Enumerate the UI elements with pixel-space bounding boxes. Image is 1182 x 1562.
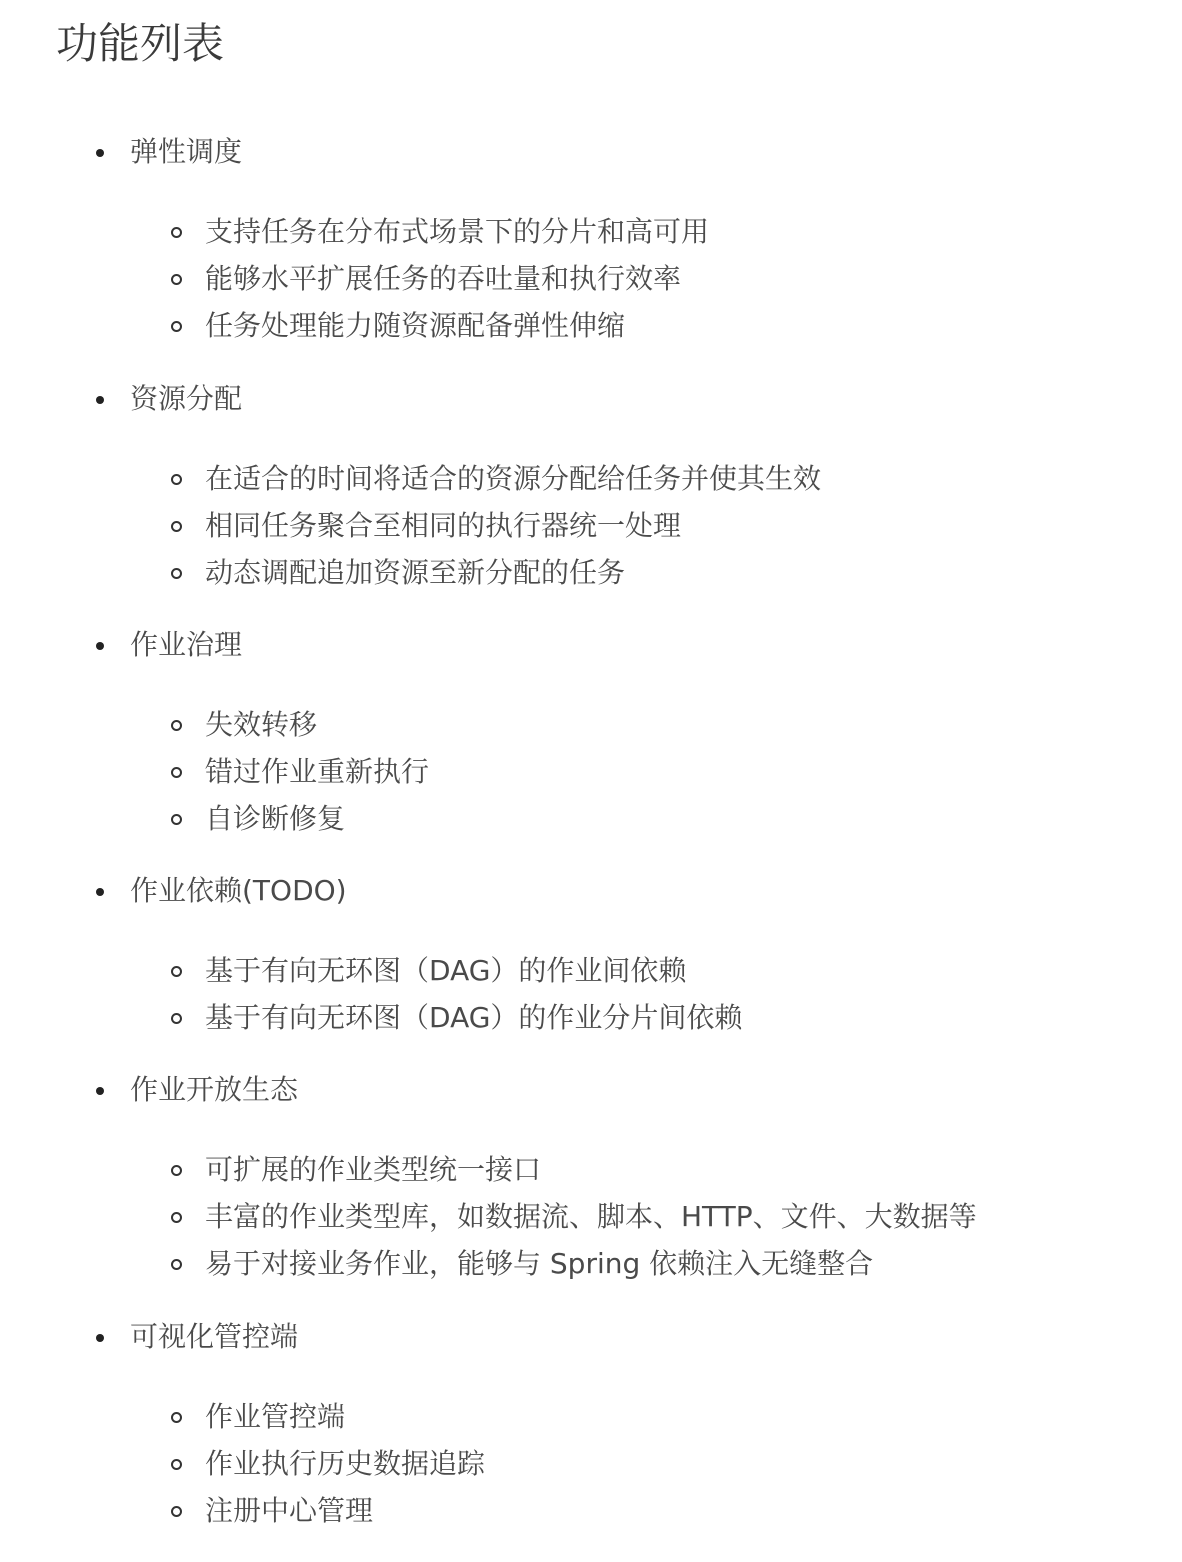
feature-sublist: 支持任务在分布式场景下的分片和高可用 能够水平扩展任务的吞吐量和执行效率 任务处… — [0, 208, 1182, 349]
list-item: 任务处理能力随资源配备弹性伸缩 — [0, 302, 1182, 349]
bullet-circle-icon — [171, 1412, 182, 1423]
feature-heading-label: 作业依赖(TODO) — [130, 874, 347, 907]
feature-heading-label: 作业开放生态 — [130, 1073, 298, 1106]
list-item: 丰富的作业类型库，如数据流、脚本、HTTP、文件、大数据等 — [0, 1193, 1182, 1240]
bullet-disc-icon — [96, 396, 104, 404]
bullet-disc-icon — [96, 1087, 104, 1095]
bullet-circle-icon — [171, 767, 182, 778]
list-item: 能够水平扩展任务的吞吐量和执行效率 — [0, 255, 1182, 302]
bullet-disc-icon — [96, 888, 104, 896]
list-item: 作业管控端 — [0, 1393, 1182, 1440]
bullet-circle-icon — [171, 521, 182, 532]
feature-sublist: 可扩展的作业类型统一接口 丰富的作业类型库，如数据流、脚本、HTTP、文件、大数… — [0, 1146, 1182, 1287]
feature-heading: 作业依赖(TODO) — [0, 871, 1182, 911]
feature-heading: 资源分配 — [0, 379, 1182, 419]
feature-sublist: 在适合的时间将适合的资源分配给任务并使其生效 相同任务聚合至相同的执行器统一处理… — [0, 455, 1182, 596]
page-title: 功能列表 — [56, 14, 224, 74]
bullet-circle-icon — [171, 274, 182, 285]
feature-section-open-ecosystem: 作业开放生态 可扩展的作业类型统一接口 丰富的作业类型库，如数据流、脚本、HTT… — [0, 1070, 1182, 1287]
bullet-circle-icon — [171, 227, 182, 238]
feature-sublist: 作业管控端 作业执行历史数据追踪 注册中心管理 — [0, 1393, 1182, 1534]
bullet-circle-icon — [171, 321, 182, 332]
feature-heading: 作业开放生态 — [0, 1070, 1182, 1110]
feature-section-elastic-scheduling: 弹性调度 支持任务在分布式场景下的分片和高可用 能够水平扩展任务的吞吐量和执行效… — [0, 132, 1182, 349]
feature-heading-label: 资源分配 — [130, 382, 242, 415]
list-item: 易于对接业务作业，能够与 Spring 依赖注入无缝整合 — [0, 1240, 1182, 1287]
feature-section-job-dependency: 作业依赖(TODO) 基于有向无环图（DAG）的作业间依赖 基于有向无环图（DA… — [0, 871, 1182, 1041]
list-item: 基于有向无环图（DAG）的作业间依赖 — [0, 947, 1182, 994]
bullet-circle-icon — [171, 814, 182, 825]
list-item: 失效转移 — [0, 701, 1182, 748]
bullet-circle-icon — [171, 1459, 182, 1470]
bullet-disc-icon — [96, 149, 104, 157]
bullet-disc-icon — [96, 642, 104, 650]
bullet-circle-icon — [171, 1506, 182, 1517]
feature-sublist: 失效转移 错过作业重新执行 自诊断修复 — [0, 701, 1182, 842]
list-item: 注册中心管理 — [0, 1487, 1182, 1534]
feature-heading: 可视化管控端 — [0, 1317, 1182, 1357]
bullet-circle-icon — [171, 1013, 182, 1024]
feature-section-job-governance: 作业治理 失效转移 错过作业重新执行 自诊断修复 — [0, 625, 1182, 842]
feature-heading: 作业治理 — [0, 625, 1182, 665]
list-item: 基于有向无环图（DAG）的作业分片间依赖 — [0, 994, 1182, 1041]
bullet-circle-icon — [171, 1259, 182, 1270]
list-item: 错过作业重新执行 — [0, 748, 1182, 795]
bullet-disc-icon — [96, 1334, 104, 1342]
list-item: 自诊断修复 — [0, 795, 1182, 842]
bullet-circle-icon — [171, 720, 182, 731]
list-item: 可扩展的作业类型统一接口 — [0, 1146, 1182, 1193]
bullet-circle-icon — [171, 568, 182, 579]
feature-heading-label: 弹性调度 — [130, 135, 242, 168]
feature-section-visual-console: 可视化管控端 作业管控端 作业执行历史数据追踪 注册中心管理 — [0, 1317, 1182, 1534]
list-item: 相同任务聚合至相同的执行器统一处理 — [0, 502, 1182, 549]
list-item: 作业执行历史数据追踪 — [0, 1440, 1182, 1487]
bullet-circle-icon — [171, 1212, 182, 1223]
feature-heading: 弹性调度 — [0, 132, 1182, 172]
bullet-circle-icon — [171, 966, 182, 977]
list-item: 动态调配追加资源至新分配的任务 — [0, 549, 1182, 596]
feature-section-resource-allocation: 资源分配 在适合的时间将适合的资源分配给任务并使其生效 相同任务聚合至相同的执行… — [0, 379, 1182, 596]
feature-heading-label: 作业治理 — [130, 628, 242, 661]
list-item: 在适合的时间将适合的资源分配给任务并使其生效 — [0, 455, 1182, 502]
list-item: 支持任务在分布式场景下的分片和高可用 — [0, 208, 1182, 255]
feature-heading-label: 可视化管控端 — [130, 1320, 298, 1353]
bullet-circle-icon — [171, 474, 182, 485]
bullet-circle-icon — [171, 1165, 182, 1176]
feature-sublist: 基于有向无环图（DAG）的作业间依赖 基于有向无环图（DAG）的作业分片间依赖 — [0, 947, 1182, 1041]
